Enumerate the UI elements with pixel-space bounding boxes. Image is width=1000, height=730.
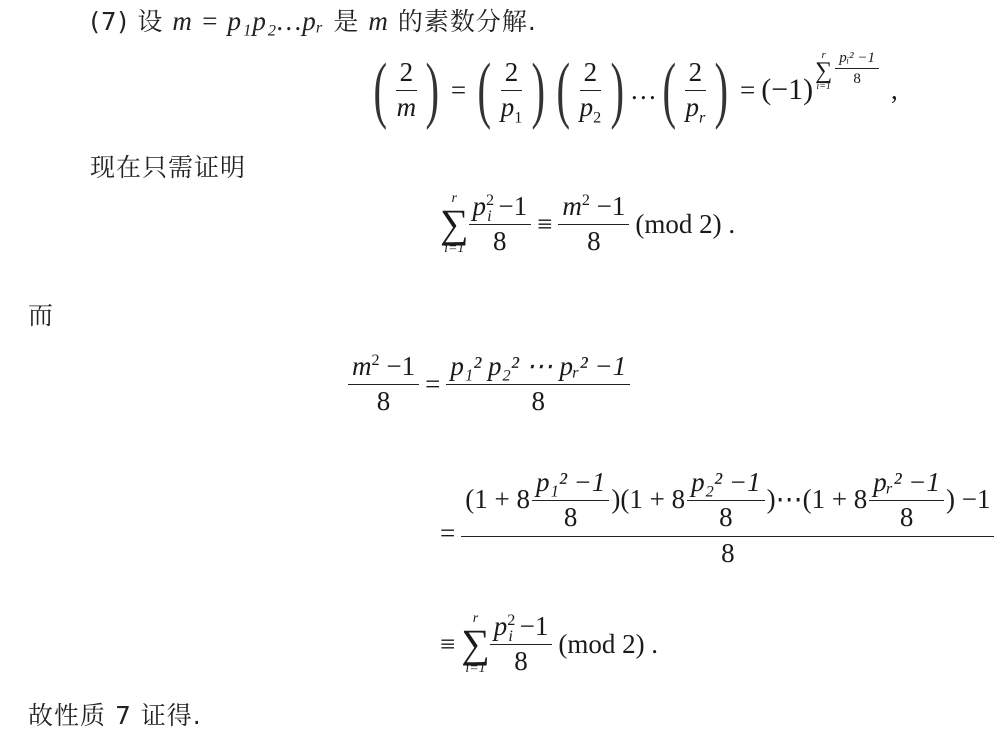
var-p: p (580, 92, 594, 122)
sum-lower: i=1 (816, 82, 831, 92)
numerator: p₁² p₂² ⋯ pᵣ² −1 (446, 352, 630, 385)
numerator: pᵣ² −1 (869, 468, 944, 501)
equals-sign: = (451, 75, 466, 106)
numerator: p₁² −1 (532, 468, 609, 501)
subscript: 1 (514, 108, 522, 126)
close-paren: ) (767, 485, 776, 515)
var-m: m (562, 191, 582, 221)
ellipsis: … (630, 75, 657, 106)
equals-sign: = (440, 518, 455, 549)
superscript: 2 (372, 351, 380, 369)
sum-lower: i=1 (444, 242, 464, 256)
fraction-p1: p₁² −18 (532, 468, 609, 532)
var-m: m (352, 351, 372, 381)
factor-prefix: (1 + 8 (803, 485, 868, 515)
text: 是 (324, 7, 368, 36)
summation: r ∑ i=1 (815, 50, 832, 93)
paragraph-need-prove: 现在只需证明 (90, 148, 246, 184)
equation-legendre-product: ( 2m ) = ( 2p1 ) ( 2p2 ) … ( 2pr ) = (−1… (368, 44, 898, 136)
denominator: 8 (510, 645, 532, 677)
equals-sign: = (425, 369, 440, 400)
fraction-pi: p2i −1 8 (490, 612, 553, 676)
close-paren: ) (611, 485, 620, 515)
sigma-icon: ∑ (815, 61, 832, 83)
denominator: 8 (583, 225, 605, 257)
numerator: 2 (685, 58, 707, 91)
exponent-fraction: pᵢ² −1 8 (835, 50, 879, 88)
denominator: 8 (717, 537, 739, 569)
superscript: 2 (582, 191, 590, 209)
close-paren-minus-one: ) −1 (946, 485, 990, 515)
equation-expanded-product: = (1 + 8 p₁² −18 ) (1 + 8 p₂² −18 ) ⋯ (1… (434, 468, 994, 569)
fraction-p2: p₂² −18 (687, 468, 764, 532)
factor-prefix: (1 + 8 (620, 485, 685, 515)
numerator: p₂² −1 (687, 468, 764, 501)
equation-congruence-result: ≡ r ∑ i=1 p2i −1 8 (mod 2) . (434, 612, 658, 676)
summation: r ∑ i=1 (461, 612, 490, 676)
denominator: 8 (560, 501, 582, 533)
symbol-2-over-p1: ( 2p1 ) (472, 53, 551, 127)
minus-one: −1 (492, 191, 527, 221)
base-minus-one: (−1) (761, 73, 813, 107)
denominator: 8 (715, 501, 737, 533)
numerator: 2 (580, 58, 602, 91)
numerator: 2 (396, 58, 418, 91)
denominator: 8 (528, 385, 550, 417)
paragraph-prime-factorization: (7) 设 m = p₁p₂…pᵣ 是 m 的素数分解. (90, 2, 537, 38)
var-p: p (686, 92, 700, 122)
fraction-m: m2 −1 8 (348, 352, 419, 416)
var-p: p (494, 611, 508, 641)
denominator: 8 (896, 501, 918, 533)
fraction-m: m2 −1 8 (558, 192, 629, 256)
summation: r ∑ i=1 (440, 192, 469, 256)
var-p: p (501, 92, 515, 122)
subscript: 2 (593, 108, 601, 126)
factorization-math: m = p₁p₂…pᵣ (172, 6, 324, 36)
equation-congruence-goal: r ∑ i=1 p2i −1 8 ≡ m2 −1 8 (mod 2) . (440, 192, 735, 256)
sum-lower: i=1 (465, 662, 485, 676)
cdots: ⋯ (776, 485, 803, 515)
symbol-2-over-p2: ( 2p2 ) (551, 53, 630, 127)
big-fraction: (1 + 8 p₁² −18 ) (1 + 8 p₂² −18 ) ⋯ (1 +… (461, 468, 994, 569)
mod-2: (mod 2) . (558, 629, 658, 660)
paragraph-whereas: 而 (28, 296, 54, 332)
denominator: 8 (489, 225, 511, 257)
fraction-product: p₁² p₂² ⋯ pᵣ² −1 8 (446, 352, 630, 416)
minus-one: −1 (380, 351, 415, 381)
symbol-2-over-m: ( 2m ) (368, 53, 445, 127)
minus-one: −1 (513, 611, 548, 641)
equation-m-squared-expand: m2 −1 8 = p₁² p₂² ⋯ pᵣ² −1 8 (348, 352, 630, 416)
sigma-icon: ∑ (440, 206, 469, 242)
congruent-sign: ≡ (537, 209, 552, 240)
numerator: 2 (501, 58, 523, 91)
exponent: r ∑ i=1 pᵢ² −1 8 (815, 50, 879, 93)
numerator: pᵢ² −1 (835, 50, 879, 70)
fraction-pi: p2i −1 8 (469, 192, 532, 256)
sigma-icon: ∑ (461, 626, 490, 662)
symbol-2-over-pr: ( 2pr ) (657, 53, 734, 127)
factor-prefix: (1 + 8 (465, 485, 530, 515)
minus-one: −1 (590, 191, 625, 221)
numerator: (1 + 8 p₁² −18 ) (1 + 8 p₂² −18 ) ⋯ (1 +… (461, 468, 994, 537)
subscript: r (699, 108, 705, 126)
mod-2: (mod 2) . (635, 209, 735, 240)
paragraph-conclusion: 故性质 7 证得. (28, 696, 202, 730)
var-p: p (473, 191, 487, 221)
denominator: m (393, 91, 421, 123)
equals-sign: = (740, 75, 755, 106)
comma: , (891, 75, 898, 106)
denominator: 8 (373, 385, 395, 417)
item-label: (7) 设 (90, 7, 172, 36)
denominator: 8 (849, 69, 865, 88)
fraction-pr: pᵣ² −18 (869, 468, 944, 532)
congruent-sign: ≡ (440, 629, 455, 660)
var-m: m (368, 6, 389, 36)
text: 的素数分解. (389, 7, 537, 36)
